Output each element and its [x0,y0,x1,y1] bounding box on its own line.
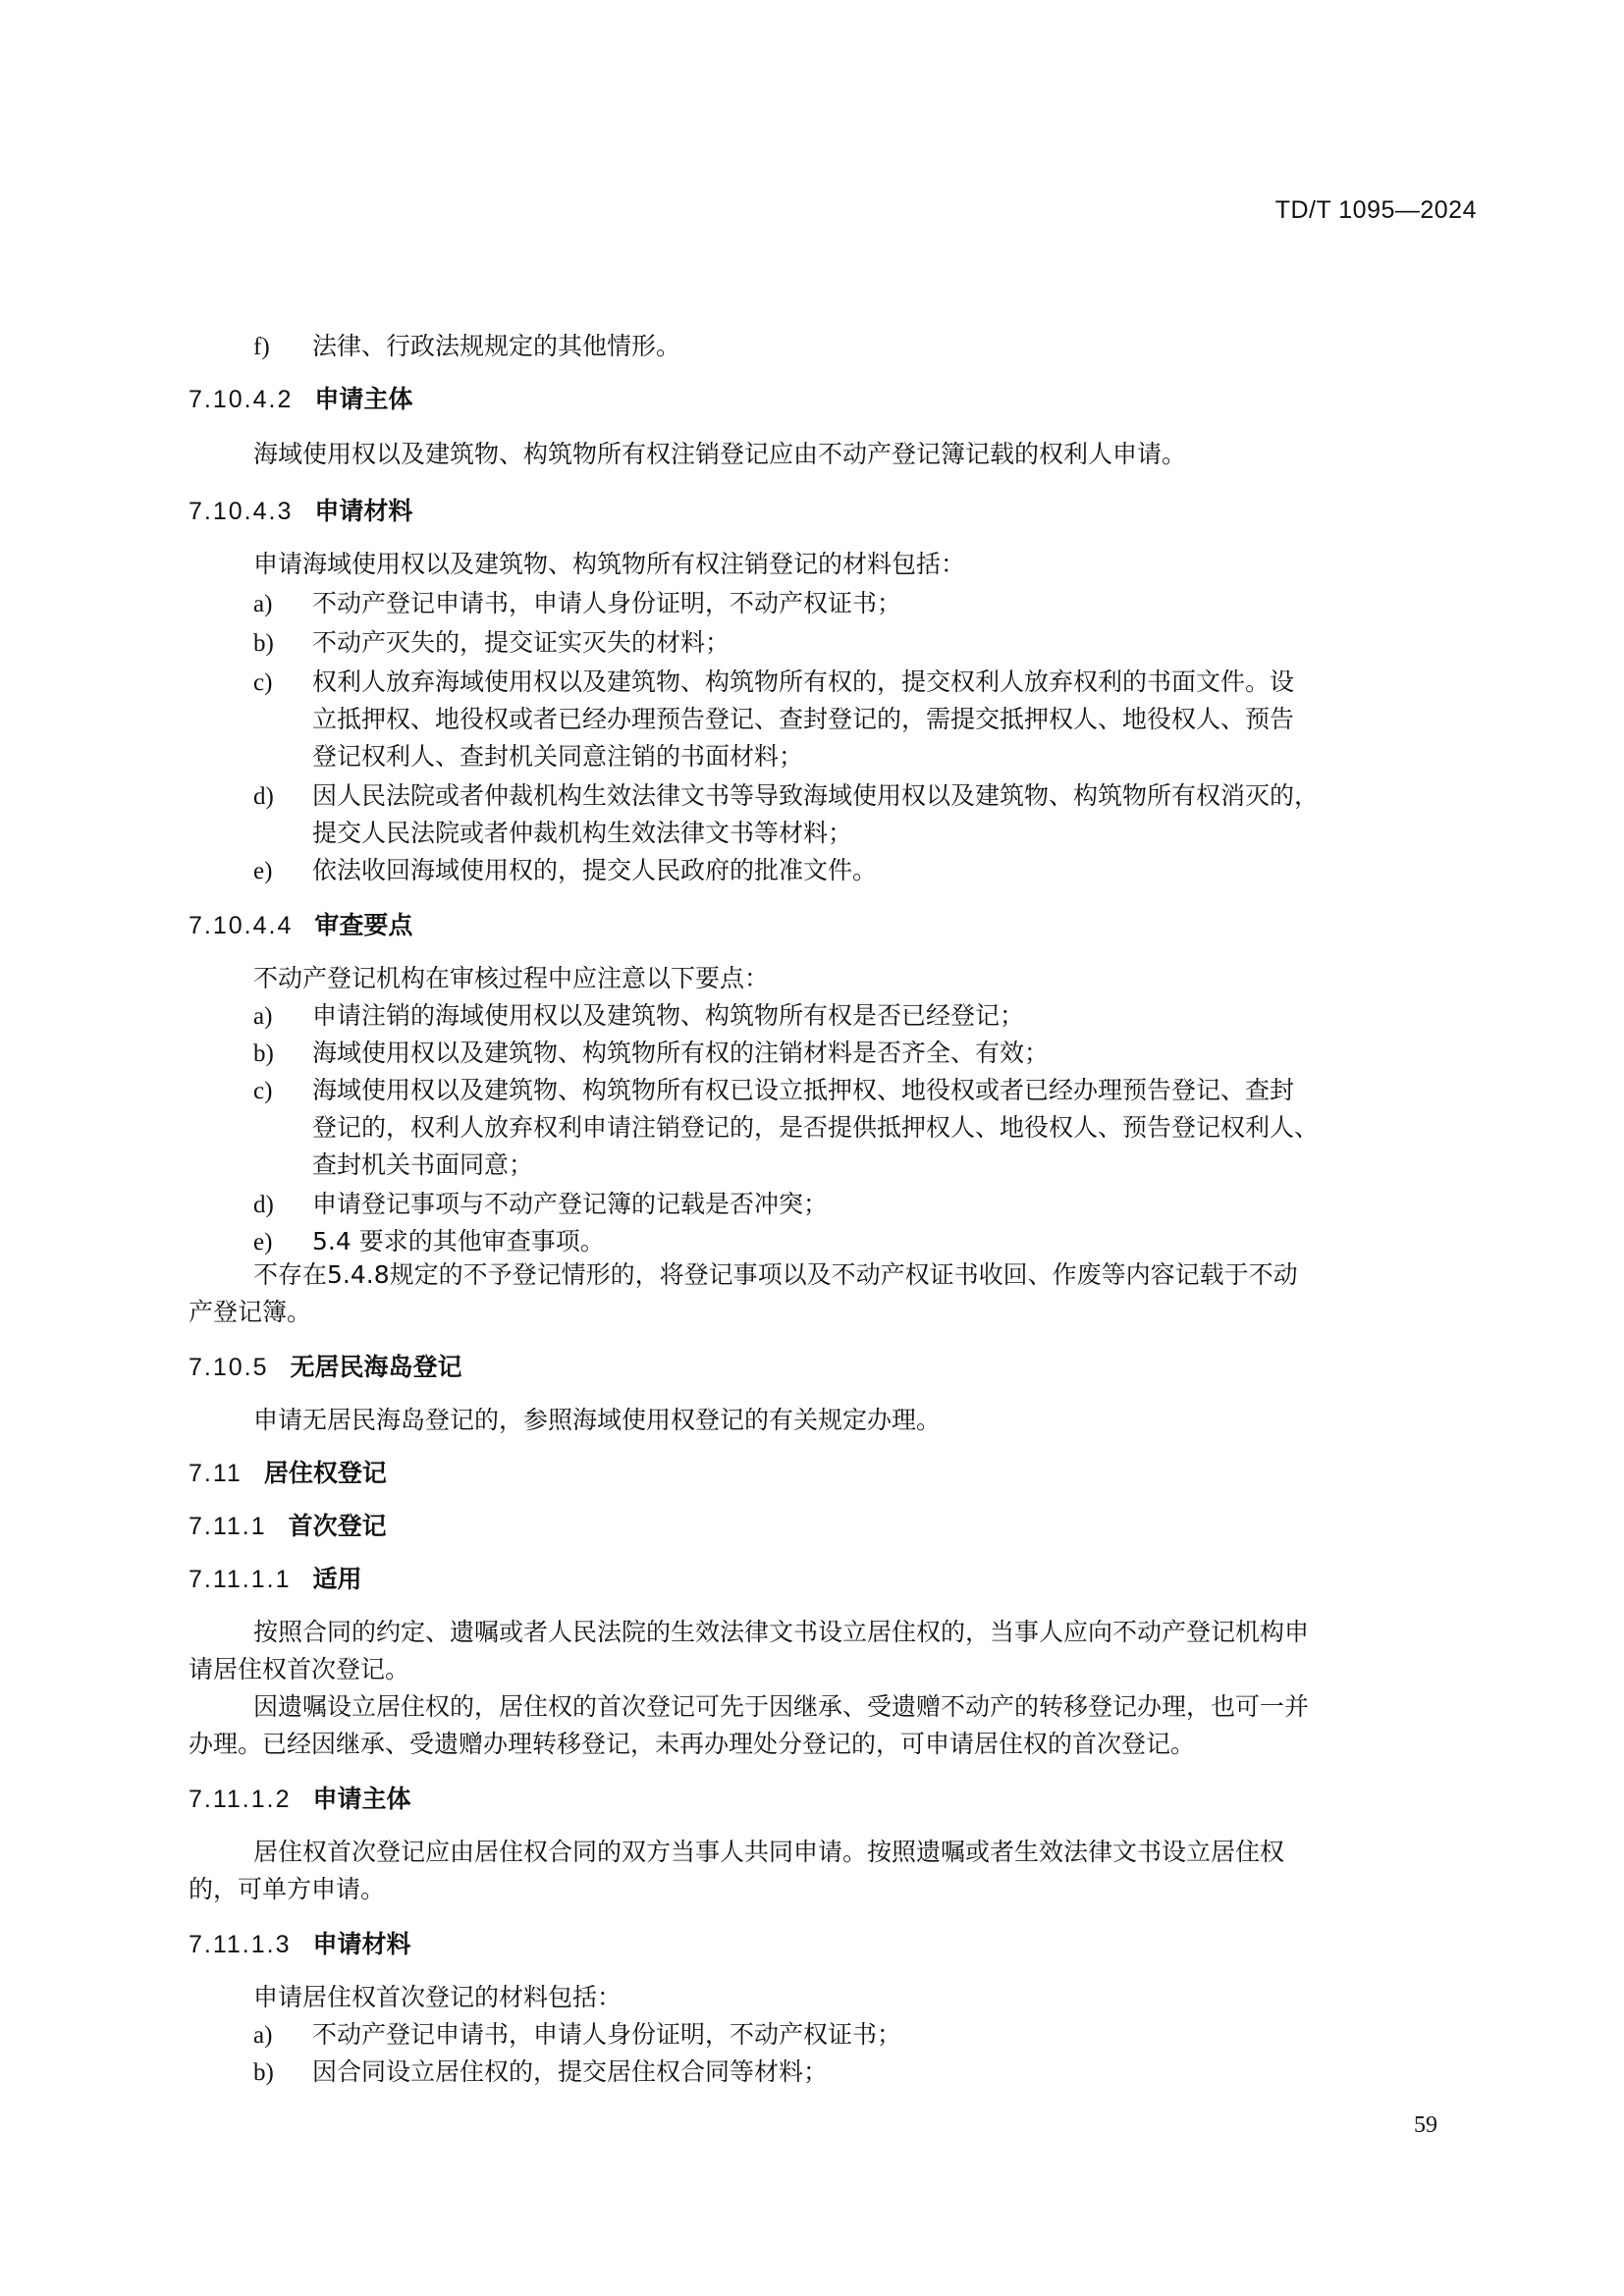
paragraph: 申请无居民海岛登记的，参照海域使用权登记的有关规定办理。 [253,1406,941,1435]
list-item-label: b) [253,629,312,659]
list-item: b)不动产灭失的，提交证实灭失的材料； [253,628,730,659]
section-number: 7.10.5 [189,1353,269,1382]
paragraph-continuation: 提交人民法院或者仲裁机构生效法律文书等材料； [312,819,852,848]
list-item-label: c) [253,668,312,698]
paragraph: 申请海域使用权以及建筑物、构筑物所有权注销登记的材料包括： [253,550,965,579]
list-item-label: e) [253,1228,312,1257]
paragraph: 因遗嘱设立居住权的，居住权的首次登记可先于因继承、受遗赠不动产的转移登记办理，也… [253,1692,1309,1722]
section-number: 7.11.1.2 [189,1785,292,1814]
paragraph: 不动产登记机构在审核过程中应注意以下要点： [253,964,769,993]
paragraph-continuation: 请居住权首次登记。 [189,1655,409,1684]
list-item-label: f) [253,333,312,362]
section-title: 申请主体 [313,1785,411,1813]
list-item: b)海域使用权以及建筑物、构筑物所有权的注销材料是否齐全、有效； [253,1039,1049,1069]
list-item: c)权利人放弃海域使用权以及建筑物、构筑物所有权的，提交权利人放弃权利的书面文件… [253,667,1294,698]
list-item: a)不动产登记申请书，申请人身份证明，不动产权证书； [253,2020,901,2051]
paragraph-continuation: 的，可单方申请。 [189,1875,385,1904]
list-item: d)因人民法院或者仲裁机构生效法律文书等导致海域使用权以及建筑物、构筑物所有权消… [253,781,1319,812]
list-item-text: 因合同设立居住权的，提交居住权合同等材料； [312,2057,828,2086]
section-heading: 7.10.5无居民海岛登记 [189,1353,462,1382]
section-heading: 7.11居住权登记 [189,1459,387,1488]
paragraph: 海域使用权以及建筑物、构筑物所有权注销登记应由不动产登记簿记载的权利人申请。 [253,440,1186,469]
section-number: 7.10.4.2 [189,385,293,414]
list-item-text: 法律、行政法规规定的其他情形。 [312,332,680,360]
section-title: 适用 [313,1565,362,1593]
paragraph: 申请居住权首次登记的材料包括： [253,1983,622,2012]
list-item-text: 不动产登记申请书，申请人身份证明，不动产权证书； [312,2020,901,2049]
list-item-text: 权利人放弃海域使用权以及建筑物、构筑物所有权的，提交权利人放弃权利的书面文件。设 [312,667,1294,696]
section-title: 首次登记 [289,1512,387,1540]
paragraph-continuation: 办理。已经因继承、受遗赠办理转移登记，未再办理处分登记的，可申请居住权的首次登记… [189,1730,1195,1759]
list-item: e)依法收回海域使用权的，提交人民政府的批准文件。 [253,856,877,886]
section-number: 7.11.1.3 [189,1930,292,1959]
paragraph: 按照合同的约定、遗嘱或者人民法院的生效法律文书设立居住权的，当事人应向不动产登记… [253,1618,1309,1647]
list-item: e)5.4 要求的其他审查事项。 [253,1227,605,1257]
list-item-text: 5.4 要求的其他审查事项。 [312,1227,605,1255]
list-item-text: 海域使用权以及建筑物、构筑物所有权的注销材料是否齐全、有效； [312,1039,1049,1067]
standard-code: TD/T 1095—2024 [1275,196,1477,225]
section-title: 审查要点 [314,911,412,939]
list-item-text: 海域使用权以及建筑物、构筑物所有权已设立抵押权、地役权或者已经办理预告登记、查封 [312,1076,1294,1104]
section-heading: 7.11.1.1适用 [189,1565,362,1594]
list-item-text: 申请注销的海域使用权以及建筑物、构筑物所有权是否已经登记； [312,1001,1024,1030]
paragraph-continuation: 产登记簿。 [189,1298,311,1327]
list-item-label: d) [253,782,312,812]
list-item-label: a) [253,2021,312,2051]
list-item-label: e) [253,857,312,886]
list-item-label: d) [253,1191,312,1220]
section-heading: 7.11.1.2申请主体 [189,1785,411,1814]
section-heading: 7.10.4.2申请主体 [189,385,412,414]
list-item-label: a) [253,1002,312,1032]
list-item-label: a) [253,590,312,619]
section-title: 居住权登记 [264,1459,387,1487]
section-title: 申请材料 [313,1930,411,1958]
section-heading: 7.11.1.3申请材料 [189,1930,411,1959]
list-item: d)申请登记事项与不动产登记簿的记载是否冲突； [253,1190,828,1220]
list-item-text: 因人民法院或者仲裁机构生效法律文书等导致海域使用权以及建筑物、构筑物所有权消灭的… [312,781,1319,810]
list-item: f)法律、行政法规规定的其他情形。 [253,332,680,362]
list-item-text: 不动产登记申请书，申请人身份证明，不动产权证书； [312,589,901,617]
list-item-text: 依法收回海域使用权的，提交人民政府的批准文件。 [312,856,877,884]
list-item-label: b) [253,1040,312,1069]
list-item-label: b) [253,2058,312,2088]
list-item: c)海域使用权以及建筑物、构筑物所有权已设立抵押权、地役权或者已经办理预告登记、… [253,1076,1294,1106]
list-item: b)因合同设立居住权的，提交居住权合同等材料； [253,2057,828,2088]
document-page: TD/T 1095—2024 f)法律、行政法规规定的其他情形。7.10.4.2… [0,0,1624,2296]
section-number: 7.10.4.4 [189,911,293,940]
section-title: 申请主体 [314,385,412,413]
paragraph-continuation: 立抵押权、地役权或者已经办理预告登记、查封登记的，需提交抵押权人、地役权人、预告 [312,705,1294,734]
section-heading: 7.11.1首次登记 [189,1512,387,1541]
page-number: 59 [1414,2112,1437,2139]
section-heading: 7.10.4.3申请材料 [189,497,412,526]
section-number: 7.10.4.3 [189,497,293,526]
list-item: a)申请注销的海域使用权以及建筑物、构筑物所有权是否已经登记； [253,1001,1024,1032]
section-heading: 7.10.4.4审查要点 [189,911,412,940]
list-item: a)不动产登记申请书，申请人身份证明，不动产权证书； [253,589,901,619]
paragraph: 不存在5.4.8规定的不予登记情形的，将登记事项以及不动产权证书收回、作废等内容… [253,1260,1298,1290]
list-item-label: c) [253,1077,312,1106]
section-title: 申请材料 [314,497,412,525]
section-title: 无居民海岛登记 [291,1353,462,1381]
paragraph-continuation: 登记的，权利人放弃权利申请注销登记的，是否提供抵押权人、地役权人、预告登记权利人… [312,1113,1319,1143]
list-item-text: 申请登记事项与不动产登记簿的记载是否冲突； [312,1190,828,1218]
section-number: 7.11.1 [189,1512,267,1541]
paragraph: 居住权首次登记应由居住权合同的双方当事人共同申请。按照遗嘱或者生效法律文书设立居… [253,1838,1284,1867]
paragraph-continuation: 查封机关书面同意； [312,1150,533,1180]
paragraph-continuation: 登记权利人、查封机关同意注销的书面材料； [312,742,803,772]
list-item-text: 不动产灭失的，提交证实灭失的材料； [312,628,730,657]
section-number: 7.11.1.1 [189,1565,292,1594]
section-number: 7.11 [189,1459,243,1488]
